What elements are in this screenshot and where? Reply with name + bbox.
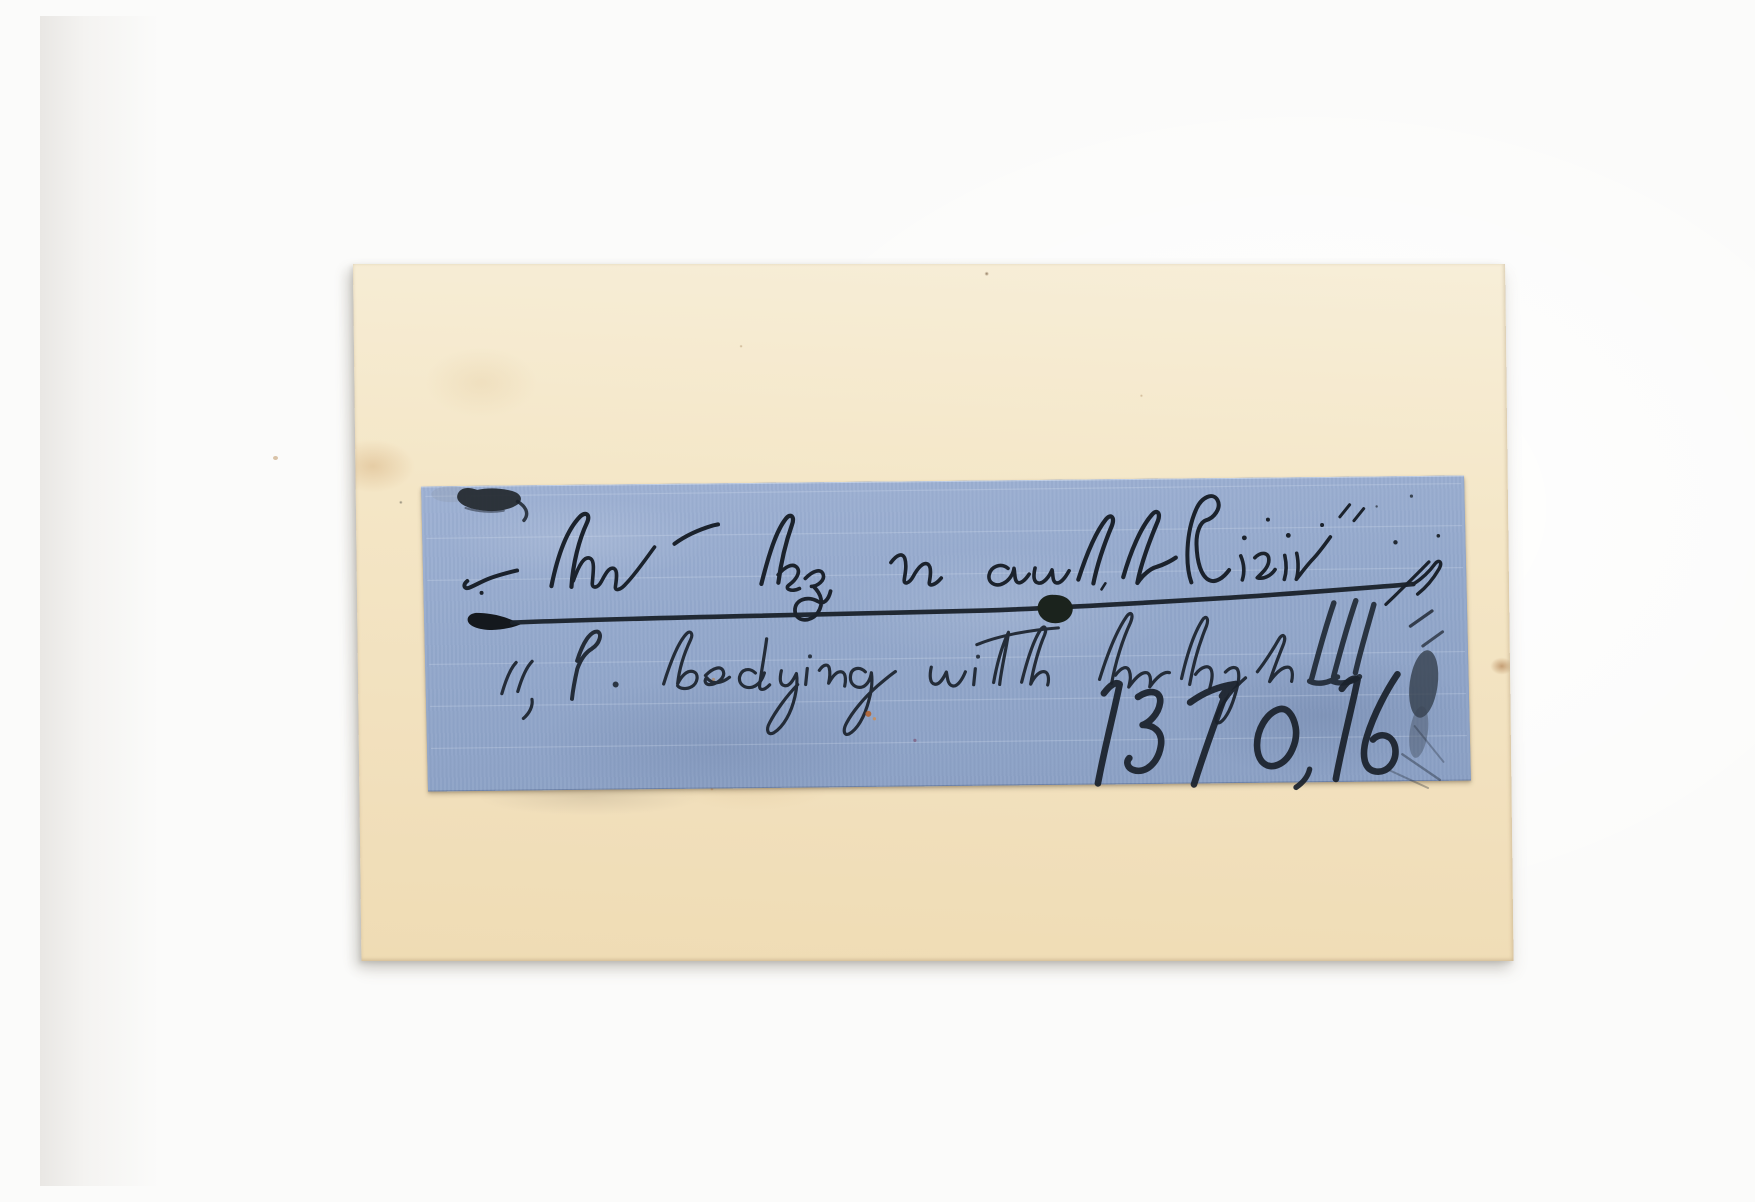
smudge-top-left-icon bbox=[431, 485, 527, 521]
smudge-right-icon bbox=[1375, 494, 1446, 788]
note-slip bbox=[421, 476, 1471, 792]
ink-line-1 bbox=[463, 495, 1367, 624]
ruling-lines bbox=[425, 484, 1467, 749]
ink-number-line bbox=[1096, 674, 1400, 789]
mounting-card bbox=[353, 264, 1514, 961]
photo-backdrop: Thu ken aull Oisi (uncertain cursive) lo… bbox=[40, 16, 1755, 1186]
transcription-line1: Thu ken aull Oisi (uncertain cursive) bbox=[40, 16, 41, 17]
bold-end-flicks bbox=[1308, 601, 1376, 684]
transcription: Thu ken aull Oisi (uncertain cursive) lo… bbox=[40, 16, 41, 17]
handwriting-ink bbox=[421, 462, 1471, 803]
